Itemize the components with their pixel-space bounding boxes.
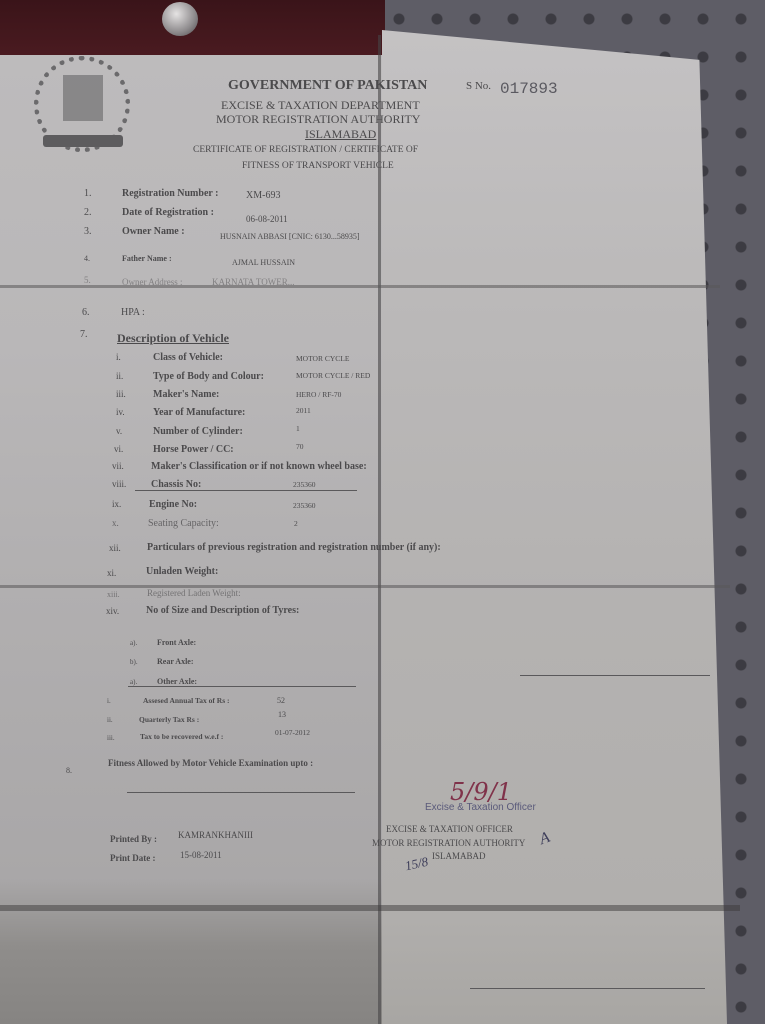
header-department: EXCISE & TAXATION DEPARTMENT: [221, 98, 420, 113]
field-number: 5.: [84, 275, 91, 285]
engine-number-value: 235360: [293, 501, 316, 510]
serial-number: 017893: [500, 80, 558, 98]
item-number: xiv.: [106, 606, 119, 616]
field-number: 3.: [84, 226, 92, 237]
previous-registration-label: Particulars of previous registration and…: [147, 542, 441, 553]
maker-classification-label: Maker's Classification or if not known w…: [151, 461, 367, 472]
registration-date-label: Date of Registration :: [122, 207, 214, 218]
year-manufacture-value: 2011: [296, 406, 311, 415]
year-manufacture-label: Year of Manufacture:: [153, 407, 245, 418]
state-emblem-icon: [34, 56, 130, 152]
registration-number-value: XM-693: [246, 190, 280, 201]
maker-name-value: HERO / RF-70: [296, 390, 341, 399]
handwritten-signature: 5/9/1: [450, 778, 512, 806]
registration-number-label: Registration Number :: [122, 188, 218, 199]
vehicle-class-value: MOTOR CYCLE: [296, 354, 349, 363]
tyres-description-label: No of Size and Description of Tyres:: [146, 605, 299, 616]
item-number: i.: [116, 352, 121, 362]
cylinder-count-label: Number of Cylinder:: [153, 426, 243, 437]
item-number: xiii.: [107, 590, 120, 599]
vehicle-class-label: Class of Vehicle:: [153, 352, 223, 363]
maker-name-label: Maker's Name:: [153, 389, 219, 400]
tax-item-number: ii.: [107, 716, 113, 724]
item-number: iii.: [116, 389, 126, 399]
horse-power-value: 70: [296, 442, 304, 451]
header-authority: MOTOR REGISTRATION AUTHORITY: [216, 112, 420, 127]
bottom-signature-line: [470, 988, 705, 989]
section-number: 8.: [66, 766, 72, 775]
cylinder-count-value: 1: [296, 424, 300, 433]
print-date-value: 15-08-2011: [180, 850, 222, 860]
quarterly-tax-label: Quarterly Tax Rs :: [139, 715, 199, 724]
header-government: GOVERNMENT OF PAKISTAN: [228, 78, 427, 94]
vehicle-section-title: Description of Vehicle: [117, 331, 229, 346]
tyre-item-number: b).: [130, 658, 138, 666]
unladen-weight-label: Unladen Weight:: [146, 566, 218, 577]
father-name-label: Father Name :: [122, 254, 172, 263]
registration-certificate: [0, 30, 740, 1024]
printed-by-label: Printed By :: [110, 834, 157, 844]
tax-item-number: iii.: [107, 734, 115, 742]
tax-recovery-label: Tax to be recovered w.e.f :: [140, 732, 223, 741]
officer-stamp-line1: EXCISE & TAXATION OFFICER: [386, 824, 513, 834]
right-signature-line: [520, 675, 710, 676]
horse-power-label: Horse Power / CC:: [153, 444, 234, 455]
father-name-value: AJMAL HUSSAIN: [232, 258, 295, 267]
item-number: xi.: [107, 568, 116, 578]
item-number: vi.: [114, 444, 123, 454]
printed-by-value: KAMRANKHANIII: [178, 830, 253, 840]
owner-address-value: KARNATA TOWER...: [212, 277, 294, 287]
seating-capacity-value: 2: [294, 519, 298, 528]
item-number: ix.: [112, 499, 121, 509]
field-number: 1.: [84, 188, 92, 199]
sheet-right-panel: [382, 30, 727, 1024]
annual-tax-label: Assesed Annual Tax of Rs :: [143, 696, 229, 705]
officer-stamp-line3: ISLAMABAD: [432, 851, 486, 861]
owner-address-label: Owner Address :: [122, 277, 183, 287]
hpa-label: HPA :: [121, 307, 145, 318]
vertical-fold: [378, 35, 381, 1024]
rear-axle-label: Rear Axle:: [157, 657, 194, 666]
registration-date-value: 06-08-2011: [246, 214, 288, 224]
sheet-left-panel: [0, 55, 382, 1024]
engine-number-label: Engine No:: [149, 499, 197, 510]
item-number: vii.: [112, 461, 124, 471]
item-number: iv.: [116, 407, 125, 417]
fitness-allowed-label: Fitness Allowed by Motor Vehicle Examina…: [108, 758, 313, 768]
tax-recovery-value: 01-07-2012: [275, 728, 310, 737]
tyre-item-number: a).: [130, 639, 137, 647]
header-city: ISLAMABAD: [305, 127, 376, 142]
item-number: ii.: [116, 371, 123, 381]
serial-label: S No.: [466, 80, 491, 92]
body-colour-label: Type of Body and Colour:: [153, 371, 264, 382]
front-axle-label: Front Axle:: [157, 638, 196, 647]
field-number: 6.: [82, 307, 90, 318]
item-number: x.: [112, 518, 119, 528]
section-number: 7.: [80, 329, 88, 340]
field-number: 2.: [84, 207, 92, 218]
horizontal-fold: [0, 905, 740, 911]
header-certificate-title: CERTIFICATE OF REGISTRATION / CERTIFICAT…: [193, 145, 418, 155]
horizontal-fold: [0, 585, 730, 588]
owner-name-label: Owner Name :: [122, 226, 185, 237]
owner-name-value: HUSNAIN ABBASI [CNIC: 6130...58935]: [220, 232, 360, 241]
print-date-label: Print Date :: [110, 853, 155, 863]
field-number: 4.: [84, 254, 90, 263]
seating-capacity-label: Seating Capacity:: [148, 518, 219, 529]
item-number: v.: [116, 426, 122, 436]
header-certificate-subtitle: FITNESS OF TRANSPORT VEHICLE: [242, 161, 394, 171]
quarterly-tax-value: 13: [278, 710, 286, 719]
fitness-signature-line: [127, 792, 355, 793]
item-number: xii.: [109, 543, 121, 553]
tax-item-number: i.: [107, 697, 111, 705]
horizontal-fold: [0, 285, 720, 288]
annual-tax-value: 52: [277, 696, 285, 705]
item-number: viii.: [112, 479, 126, 489]
chassis-underline: [135, 490, 357, 491]
officer-stamp-line2: MOTOR REGISTRATION AUTHORITY: [372, 838, 525, 848]
chassis-number-label: Chassis No:: [151, 479, 201, 490]
tyres-underline: [128, 686, 356, 687]
chassis-number-value: 235360: [293, 480, 316, 489]
other-axle-label: Other Axle:: [157, 677, 197, 686]
laden-weight-label: Registered Laden Weight:: [147, 588, 241, 598]
tyre-item-number: a).: [130, 678, 137, 686]
body-colour-value: MOTOR CYCLE / RED: [296, 371, 370, 380]
